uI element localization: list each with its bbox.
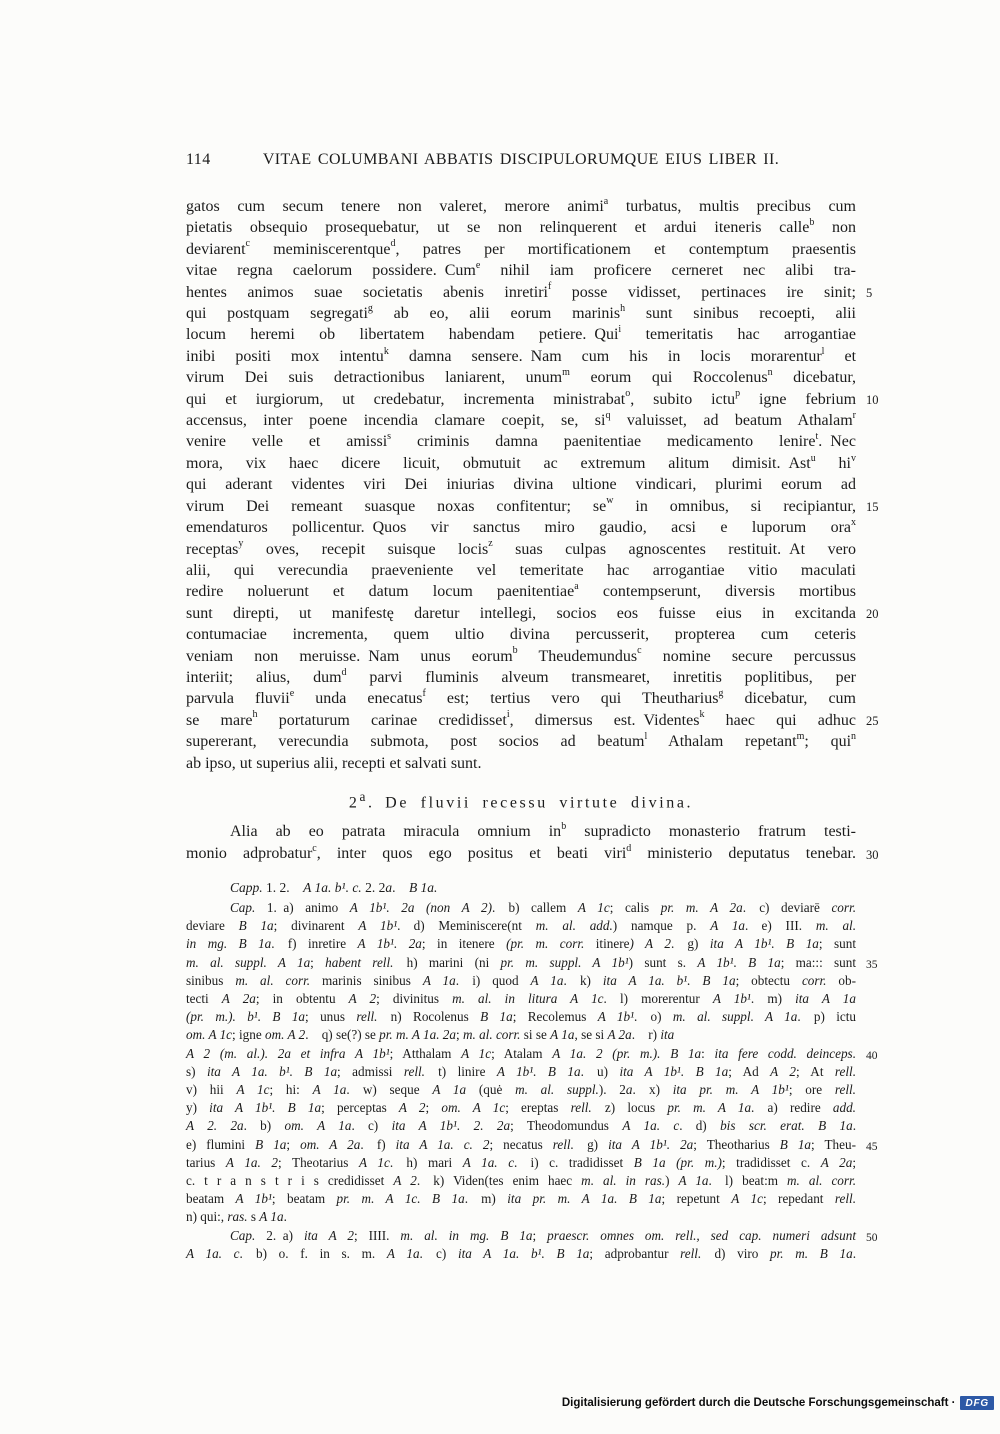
text-line: redire noluerunt et datum locum paeniten… <box>186 581 856 602</box>
running-title: VITAE COLUMBANI ABBATIS DISCIPULORUMQUE … <box>186 151 856 169</box>
text-line: virum Dei remeant suasque noxas confiten… <box>186 496 856 517</box>
text-line: veniam non meruisse. Nam unus eorumb The… <box>186 646 856 667</box>
margin-line-number: 20 <box>866 604 879 625</box>
text-line: A 2. 2a. b) om. A 1a. c) ita A 1b¹. 2. 2… <box>186 1117 856 1135</box>
text-line: m. al. suppl. A 1a; habent rell. h) mari… <box>186 954 856 972</box>
text-line: tecti A 2a; in obtentu A 2; divinitus m.… <box>186 990 856 1008</box>
text-line: v) hii A 1c; hi: A 1a. w) seque A 1a (qu… <box>186 1081 856 1099</box>
text-line: locum heremi ob libertatem habendam peti… <box>186 324 856 345</box>
text-line: vitae regna caelorum possidere. Cume nih… <box>186 260 856 281</box>
margin-line-number: 5 <box>866 283 872 304</box>
digitization-credit: Digitalisierung gefördert durch die Deut… <box>562 1396 994 1410</box>
text-line: n) qui:, ras. s A 1a. <box>186 1208 856 1226</box>
text-line: accensus, inter poene incendia clamare c… <box>186 410 856 431</box>
text-line: interiit; alius, dumd parvi fluminis alv… <box>186 667 856 688</box>
text-line: inibi positi mox intentuk damna sensere.… <box>186 346 856 367</box>
text-line: hentes animos suae societatis abenis inr… <box>186 282 856 303</box>
text-line: contumaciae incrementa, quem ultio divin… <box>186 624 856 645</box>
text-line: A 1a. c. b) o. f. in s. m. A 1a. c) ita … <box>186 1245 856 1263</box>
text-line: beatam A 1b¹; beatam pr. m. A 1c. B 1a. … <box>186 1190 856 1208</box>
margin-line-number: 50 <box>866 1229 878 1247</box>
credit-text: Digitalisierung gefördert durch die Deut… <box>562 1397 956 1409</box>
text-line: deviare B 1a; divinarent A 1b¹. d) Memin… <box>186 917 856 935</box>
text-line: c. t r a n s t r i s credidisset A 2. k)… <box>186 1172 856 1190</box>
scanned-book-page: 114 VITAE COLUMBANI ABBATIS DISCIPULORUM… <box>0 0 1000 1434</box>
text-line: s) ita A 1a. b¹. B 1a; admissi rell. t) … <box>186 1063 856 1081</box>
text-line: emendaturos pollicentur. Quos vir sanctu… <box>186 517 856 538</box>
text-line: qui et iurgiorum, ut credebatur, increme… <box>186 389 856 410</box>
chapter-heading: 2a. De fluvii recessu virtute divina. <box>186 789 856 812</box>
text-line: pietatis obsequio prosequebatur, ut se n… <box>186 217 856 238</box>
text-line: monio adprobaturc, inter quos ego positu… <box>186 843 856 865</box>
main-text-paragraph-2: Alia ab eo patrata miracula omnium inb s… <box>186 821 856 865</box>
text-line: mora, vix haec dicere licuit, obmutuit a… <box>186 453 856 474</box>
text-line: A 2 (m. al.). 2a et infra A 1b¹; Atthala… <box>186 1045 856 1063</box>
apparatus-capp-line: Capp. 1. 2. A 1a. b¹. c. 2. 2a. B 1a. <box>186 879 856 897</box>
text-line: supererant, verecundia submota, post soc… <box>186 731 856 752</box>
text-line: parvula fluviie unda enecatusf est; tert… <box>186 688 856 709</box>
text-line: Cap. 1. a) animo A 1b¹. 2a (non A 2). b)… <box>186 899 856 917</box>
text-line: e) flumini B 1a; om. A 2a. f) ita A 1a. … <box>186 1136 856 1154</box>
text-line: qui postquam segregatig ab eo, alii eoru… <box>186 303 856 324</box>
text-line: receptasy oves, recepit suisque locisz s… <box>186 539 856 560</box>
text-line: sinibus m. al. corr. marinis sinibus A 1… <box>186 972 856 990</box>
margin-line-number: 45 <box>866 1138 878 1156</box>
text-line: (pr. m.). b¹. B 1a; unus rell. n) Rocole… <box>186 1008 856 1026</box>
dfg-logo: DFG <box>960 1396 994 1410</box>
apparatus-capp-note: Capp. 1. 2. A 1a. b¹. c. 2. 2a. B 1a. <box>186 879 856 897</box>
text-line: virum Dei suis detractionibus laniarent,… <box>186 367 856 388</box>
margin-line-number: 10 <box>866 390 879 411</box>
text-line: qui aderant videntes viri Dei iniurias d… <box>186 474 856 495</box>
text-line: alii, qui verecundia praeveniente vel te… <box>186 560 856 581</box>
text-line: sunt direpti, ut manifestę daretur intel… <box>186 603 856 624</box>
margin-line-number: 40 <box>866 1047 878 1065</box>
text-line: Alia ab eo patrata miracula omnium inb s… <box>186 821 856 843</box>
text-line: se mareh portaturum carinae credidisseti… <box>186 710 856 731</box>
text-line: Cap. 2. a) ita A 2; IIII. m. al. in mg. … <box>186 1227 856 1245</box>
margin-line-number: 30 <box>866 844 879 866</box>
text-line: ab ipso, ut superius alii, recepti et sa… <box>186 753 856 774</box>
text-line: deviarentc meminiscerentqued, patres per… <box>186 239 856 260</box>
text-line: tarius A 1a. 2; Theotarius A 1c. h) mari… <box>186 1154 856 1172</box>
text-line: in mg. B 1a. f) inretire A 1b¹. 2a; in i… <box>186 935 856 953</box>
page-header: 114 VITAE COLUMBANI ABBATIS DISCIPULORUM… <box>186 151 856 169</box>
page-number: 114 <box>186 151 211 169</box>
text-line: om. A 1c; igne om. A 2. q) se(?) se pr. … <box>186 1026 856 1044</box>
margin-line-number: 15 <box>866 497 879 518</box>
main-text-paragraph-1: gatos cum secum tenere non valeret, mero… <box>186 196 856 774</box>
text-line: venire velle et amissis criminis damna p… <box>186 431 856 452</box>
text-line: y) ita A 1b¹. B 1a; perceptas A 2; om. A… <box>186 1099 856 1117</box>
text-line: gatos cum secum tenere non valeret, mero… <box>186 196 856 217</box>
margin-line-number: 35 <box>866 956 878 974</box>
margin-line-number: 25 <box>866 711 879 732</box>
critical-apparatus: Cap. 1. a) animo A 1b¹. 2a (non A 2). b)… <box>186 899 856 1263</box>
